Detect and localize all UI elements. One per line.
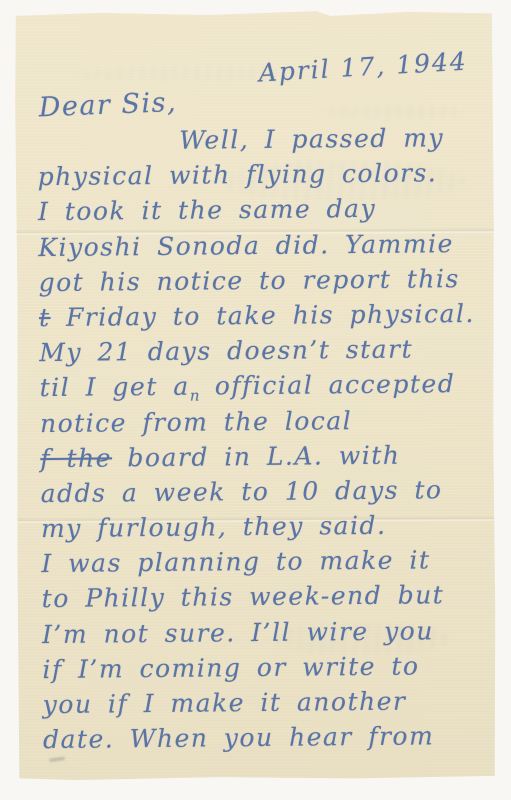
letter-body: Well, I passed my physical with flying c…	[37, 123, 488, 761]
letter-line: Well, I passed my	[37, 123, 482, 162]
letter-line: my furlough, they said.	[41, 510, 486, 549]
line-text: I took it the same day	[38, 194, 376, 226]
salutation: Dear Sis,	[38, 87, 177, 123]
line-text: board in L.A. with	[112, 440, 401, 472]
letter-paper: April 17, 1944 Dear Sis, Well, I passed …	[14, 10, 496, 781]
line-text: date. When you hear from	[43, 722, 434, 755]
scan-background: April 17, 1944 Dear Sis, Well, I passed …	[0, 0, 511, 800]
letter-line: date. When you hear from	[43, 721, 488, 760]
line-text: adds a week to 10 days to	[41, 475, 443, 508]
line-text: if I’m coming or write to	[42, 651, 419, 684]
letter-line: if I’m coming or write to	[42, 651, 487, 690]
letter-line: adds a week to 10 days to	[41, 475, 486, 514]
letter-line: you if I make it another	[43, 686, 488, 725]
line-text: I’m not sure. I’ll wire you	[42, 616, 434, 649]
line-text: to Philly this week-end but	[42, 581, 445, 614]
line-text: physical with flying colors.	[38, 158, 438, 191]
line-text: my furlough, they said.	[41, 511, 387, 543]
letter-line: Kiyoshi Sonoda did. Yammie	[38, 228, 483, 267]
letter-line: notice from the local	[40, 404, 485, 443]
strikethrough-text: f the	[40, 443, 112, 473]
letter-line: f the board in L.A. with	[40, 440, 485, 479]
line-text: My 21 days doesn’t start	[39, 335, 413, 368]
letter-line: t Friday to take his physical.	[39, 299, 484, 338]
letter-line: physical with flying colors.	[38, 158, 483, 197]
line-text: Kiyoshi Sonoda did. Yammie	[38, 229, 454, 262]
line-text: got his notice to report this	[39, 264, 460, 297]
line-text: notice from the local	[40, 406, 352, 438]
strikethrough-text: t	[39, 303, 51, 332]
line-text: Well, I passed my	[179, 123, 444, 155]
line-text: til I get a	[40, 372, 190, 402]
letter-line: got his notice to report this	[39, 264, 484, 303]
letter-line: My 21 days doesn’t start	[39, 334, 484, 373]
stray-mark	[49, 757, 64, 762]
letter-line: to Philly this week-end but	[42, 580, 487, 619]
line-text: official accepted	[199, 369, 455, 400]
letter-line: I was planning to make it	[41, 545, 486, 584]
line-text: you if I make it another	[43, 687, 407, 719]
line-text: Friday to take his physical.	[50, 299, 475, 332]
show-through-smudge	[321, 105, 466, 119]
inserted-letter: n	[190, 387, 200, 405]
line-text: I was planning to make it	[41, 546, 430, 579]
letter-line: til I get an official accepted	[40, 369, 485, 408]
letter-date: April 17, 1944	[258, 47, 469, 88]
letter-line: I’m not sure. I’ll wire you	[42, 615, 487, 654]
letter-line: I took it the same day	[38, 193, 483, 232]
